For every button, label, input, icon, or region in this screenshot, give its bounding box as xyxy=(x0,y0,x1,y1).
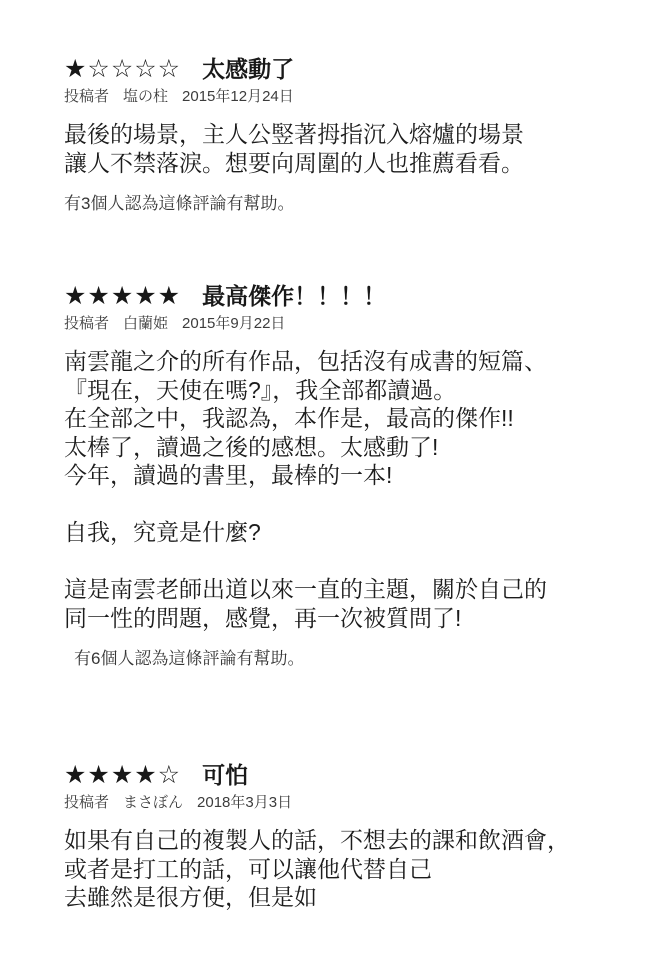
reviewer-name: 白蘭姫 xyxy=(123,316,168,332)
star-rating: ★★★★★ xyxy=(64,281,181,311)
review-body: 南雲龍之介的所有作品，包括沒有成書的短篇、 『現在，天使在嗎?』，我全部都讀過。… xyxy=(64,347,630,632)
review-body-line: 或者是打工的話，可以讓他代替自己 xyxy=(64,855,630,884)
reviewer-name: 塩の柱 xyxy=(123,89,168,105)
review-body-line: 最後的場景，主人公竪著拇指沉入熔爐的場景 xyxy=(64,120,630,149)
review-byline: 投稿者 白蘭姫 2015年9月22日 xyxy=(64,316,630,332)
review-body-line xyxy=(64,490,630,519)
review-body: 最後的場景，主人公竪著拇指沉入熔爐的場景 讓人不禁落淚。想要向周圍的人也推薦看看… xyxy=(64,120,630,177)
review-item: ★★★★☆ 可怕 投稿者 まさぼん 2018年3月3日 如果有自己的複製人的話，… xyxy=(64,760,630,912)
review-body-line: 在全部之中，我認為，本作是，最高的傑作!! xyxy=(64,404,630,433)
star-rating: ★☆☆☆☆ xyxy=(64,54,181,84)
review-body-line: 太棒了，讀過之後的感想。太感動了! xyxy=(64,433,630,462)
review-item: ★★★★★ 最高傑作！！！！ 投稿者 白蘭姫 2015年9月22日 南雲龍之介的… xyxy=(64,281,630,670)
star-rating: ★★★★☆ xyxy=(64,760,181,790)
review-header: ★☆☆☆☆ 太感動了 xyxy=(64,54,630,84)
reviewer-label: 投稿者 xyxy=(64,316,109,332)
review-body-line: 如果有自己的複製人的話，不想去的課和飲酒會， xyxy=(64,826,630,855)
review-body-line: 『現在，天使在嗎?』，我全部都讀過。 xyxy=(64,376,630,405)
helpful-count: 有6個人認為這條評論有幫助。 xyxy=(64,648,630,670)
review-body-line: 同一性的問題，感覺，再一次被質問了! xyxy=(64,604,630,633)
reviewer-label: 投稿者 xyxy=(64,795,109,811)
reviews-page: ★☆☆☆☆ 太感動了 投稿者 塩の柱 2015年12月24日 最後的場景，主人公… xyxy=(0,0,658,960)
review-date: 2015年9月22日 xyxy=(182,316,285,332)
review-body-line: 讓人不禁落淚。想要向周圍的人也推薦看看。 xyxy=(64,149,630,178)
review-body-line: 自我，究竟是什麼? xyxy=(64,518,630,547)
review-header: ★★★★★ 最高傑作！！！！ xyxy=(64,281,630,311)
review-body-line: 去雖然是很方便，但是如 xyxy=(64,883,630,912)
review-title: 太感動了 xyxy=(202,54,294,84)
review-body-line xyxy=(64,547,630,576)
review-byline: 投稿者 まさぼん 2018年3月3日 xyxy=(64,795,630,811)
reviewer-name: まさぼん xyxy=(123,795,183,811)
review-body-line: 這是南雲老師出道以來一直的主題，關於自己的 xyxy=(64,575,630,604)
review-body-line: 今年，讀過的書里，最棒的一本! xyxy=(64,461,630,490)
review-header: ★★★★☆ 可怕 xyxy=(64,760,630,790)
review-body: 如果有自己的複製人的話，不想去的課和飲酒會， 或者是打工的話，可以讓他代替自己 … xyxy=(64,826,630,912)
review-title: 可怕 xyxy=(202,760,248,790)
helpful-count: 有3個人認為這條評論有幫助。 xyxy=(64,193,630,215)
review-date: 2018年3月3日 xyxy=(197,795,292,811)
review-item: ★☆☆☆☆ 太感動了 投稿者 塩の柱 2015年12月24日 最後的場景，主人公… xyxy=(64,54,630,215)
review-title: 最高傑作！！！！ xyxy=(202,281,386,311)
review-byline: 投稿者 塩の柱 2015年12月24日 xyxy=(64,89,630,105)
review-body-line: 南雲龍之介的所有作品，包括沒有成書的短篇、 xyxy=(64,347,630,376)
review-date: 2015年12月24日 xyxy=(182,89,294,105)
reviewer-label: 投稿者 xyxy=(64,89,109,105)
